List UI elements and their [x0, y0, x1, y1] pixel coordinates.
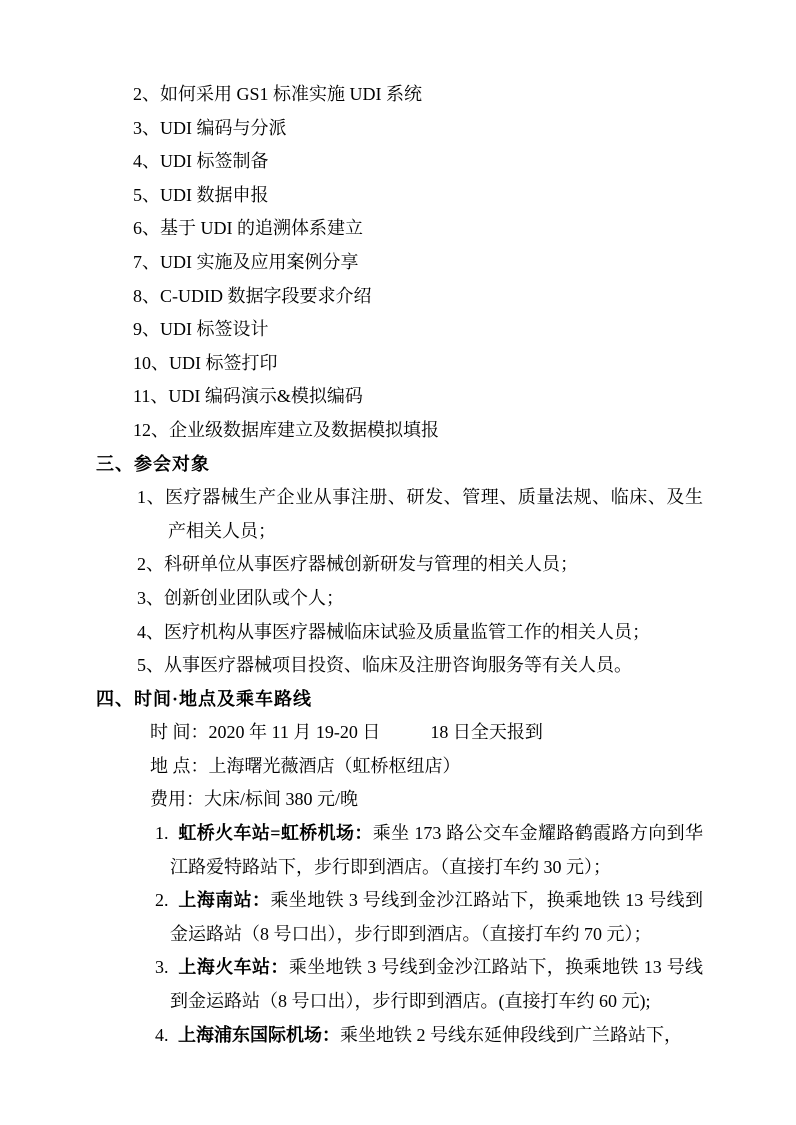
route-1-station: 虹桥火车站=虹桥机场：	[178, 823, 373, 843]
agenda-item-10: 10、UDI 标签打印	[133, 347, 796, 381]
route-item-2-line2: 金运路站（8 号口出），步行即到酒店。（直接打车约 70 元）；	[170, 918, 796, 952]
agenda-item-11: 11、UDI 编码演示&模拟编码	[133, 380, 796, 414]
section3-item-2: 2、科研单位从事医疗器械创新研发与管理的相关人员；	[137, 548, 796, 582]
agenda-item-7: 7、UDI 实施及应用案例分享	[133, 246, 796, 280]
section3-item-4: 4、医疗机构从事医疗器械临床试验及质量监管工作的相关人员；	[137, 616, 796, 650]
fee-line: 费用：大床/标间 380 元/晚	[150, 783, 796, 817]
route-item-1-line1: 1.虹桥火车站=虹桥机场：乘坐 173 路公交车金耀路鹤霞路方向到华	[155, 817, 703, 851]
route-item-4-line1: 4.上海浦东国际机场：乘坐地铁 2 号线东延伸段线到广兰路站下，	[155, 1019, 796, 1053]
agenda-item-8: 8、C-UDID 数据字段要求介绍	[133, 280, 796, 314]
agenda-item-9: 9、UDI 标签设计	[133, 313, 796, 347]
section3-item-5: 5、从事医疗器械项目投资、临床及注册咨询服务等有关人员。	[137, 649, 796, 683]
route-1-number: 1.	[155, 817, 178, 851]
route-3-number: 3.	[155, 951, 178, 985]
time-line: 时 间：2020 年 11 月 19-20 日18 日全天报到	[150, 716, 796, 750]
agenda-item-3: 3、UDI 编码与分派	[133, 112, 796, 146]
route-3-text: 乘坐地铁 3 号线到金沙江路站下，换乘地铁 13 号线	[289, 957, 703, 977]
section3-heading: 三、参会对象	[96, 448, 796, 482]
section3-item-1-line2: 产相关人员；	[168, 515, 796, 549]
route-4-station: 上海浦东国际机场：	[178, 1025, 340, 1045]
route-item-3-line2: 到金运路站（8 号口出），步行即到酒店。(直接打车约 60 元);	[170, 985, 796, 1019]
time-value: 时 间：2020 年 11 月 19-20 日	[150, 722, 380, 742]
route-4-number: 4.	[155, 1019, 178, 1053]
section4-heading: 四、时间·地点及乘车路线	[96, 683, 796, 717]
agenda-item-12: 12、企业级数据库建立及数据模拟填报	[133, 414, 796, 448]
document-page: 2、如何采用 GS1 标准实施 UDI 系统 3、UDI 编码与分派 4、UDI…	[0, 0, 796, 1125]
time-note: 18 日全天报到	[430, 722, 543, 742]
route-item-2-line1: 2.上海南站：乘坐地铁 3 号线到金沙江路站下，换乘地铁 13 号线到	[155, 884, 703, 918]
location-line: 地 点：上海曙光薇酒店（虹桥枢纽店）	[150, 750, 796, 784]
route-2-station: 上海南站：	[178, 890, 270, 910]
section3-item-1-line1: 1、医疗器械生产企业从事注册、研发、管理、质量法规、临床、及生	[137, 481, 703, 515]
section3-item-3: 3、创新创业团队或个人；	[137, 582, 796, 616]
route-2-number: 2.	[155, 884, 178, 918]
route-4-text: 乘坐地铁 2 号线东延伸段线到广兰路站下，	[340, 1025, 682, 1045]
agenda-item-6: 6、基于 UDI 的追溯体系建立	[133, 212, 796, 246]
route-item-1-line2: 江路爱特路站下，步行即到酒店。（直接打车约 30 元）；	[170, 851, 796, 885]
agenda-item-4: 4、UDI 标签制备	[133, 145, 796, 179]
route-3-station: 上海火车站：	[178, 957, 289, 977]
agenda-item-2: 2、如何采用 GS1 标准实施 UDI 系统	[133, 78, 796, 112]
route-1-text: 乘坐 173 路公交车金耀路鹤霞路方向到华	[373, 823, 703, 843]
route-item-3-line1: 3.上海火车站：乘坐地铁 3 号线到金沙江路站下，换乘地铁 13 号线	[155, 951, 703, 985]
route-2-text: 乘坐地铁 3 号线到金沙江路站下，换乘地铁 13 号线到	[270, 890, 703, 910]
agenda-item-5: 5、UDI 数据申报	[133, 179, 796, 213]
